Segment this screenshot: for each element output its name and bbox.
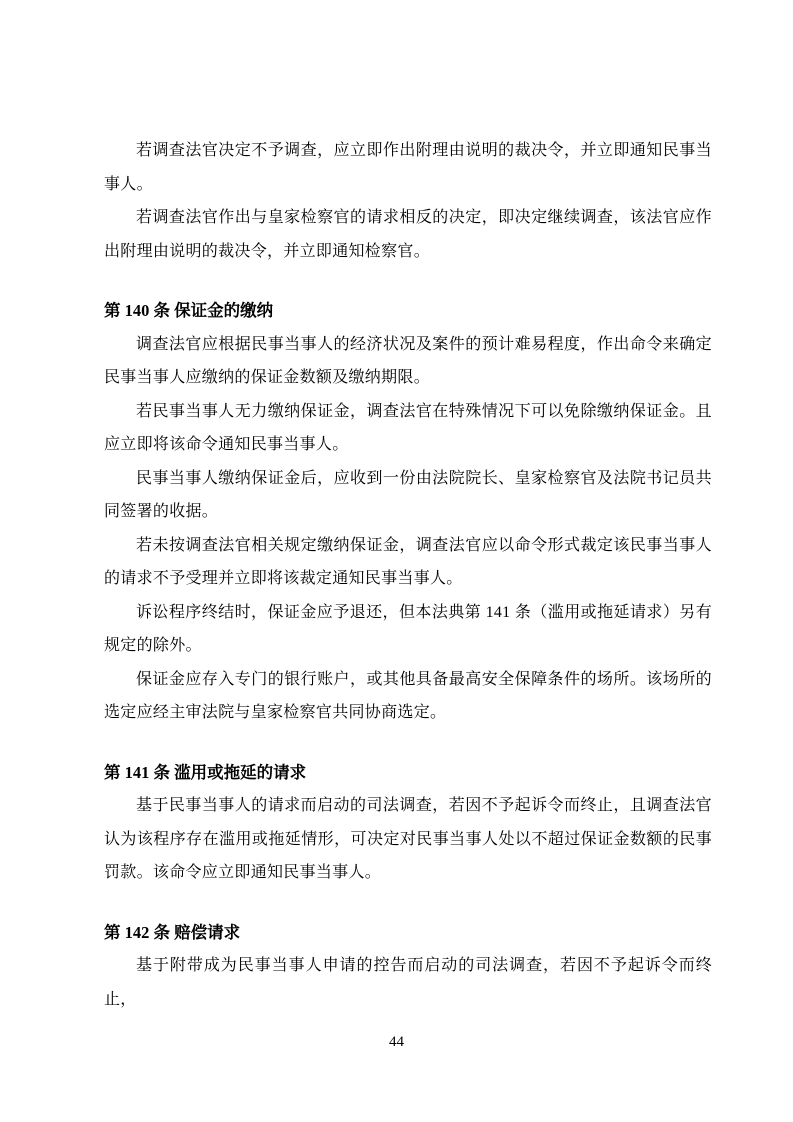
paragraph: 若民事当事人无力缴纳保证金，调查法官在特殊情况下可以免除缴纳保证金。且应立即将该… [104,395,712,462]
paragraph: 保证金应存入专门的银行账户，或其他具备最高安全保障条件的场所。该场所的选定应经主… [104,663,712,730]
section-heading: 第 141 条 滥用或拖延的请求 [104,756,712,790]
section-heading: 第 142 条 赔偿请求 [104,916,712,950]
paragraph: 基于附带成为民事当事人申请的控告而启动的司法调查，若因不予起诉令而终止， [104,949,712,1016]
paragraph: 诉讼程序终结时，保证金应予退还，但本法典第 141 条（滥用或拖延请求）另有规定… [104,596,712,663]
paragraph: 若调查法官作出与皇家检察官的请求相反的决定，即决定继续调查，该法官应作出附理由说… [104,201,712,268]
paragraph: 若未按调查法官相关规定缴纳保证金，调查法官应以命令形式裁定该民事当事人的请求不予… [104,529,712,596]
page-number: 44 [389,1034,404,1050]
document-body: 若调查法官决定不予调查，应立即作出附理由说明的裁决令，并立即通知民事当事人。若调… [104,134,712,1016]
paragraph: 基于民事当事人的请求而启动的司法调查，若因不予起诉令而终止，且调查法官认为该程序… [104,789,712,890]
paragraph: 若调查法官决定不予调查，应立即作出附理由说明的裁决令，并立即通知民事当事人。 [104,134,712,201]
paragraph: 调查法官应根据民事当事人的经济状况及案件的预计难易程度，作出命令来确定民事当事人… [104,328,712,395]
document-page: 若调查法官决定不予调查，应立即作出附理由说明的裁决令，并立即通知民事当事人。若调… [0,0,793,1122]
section-heading: 第 140 条 保证金的缴纳 [104,294,712,328]
paragraph: 民事当事人缴纳保证金后，应收到一份由法院院长、皇家检察官及法院书记员共同签署的收… [104,462,712,529]
page-footer: 44 [0,1032,793,1052]
